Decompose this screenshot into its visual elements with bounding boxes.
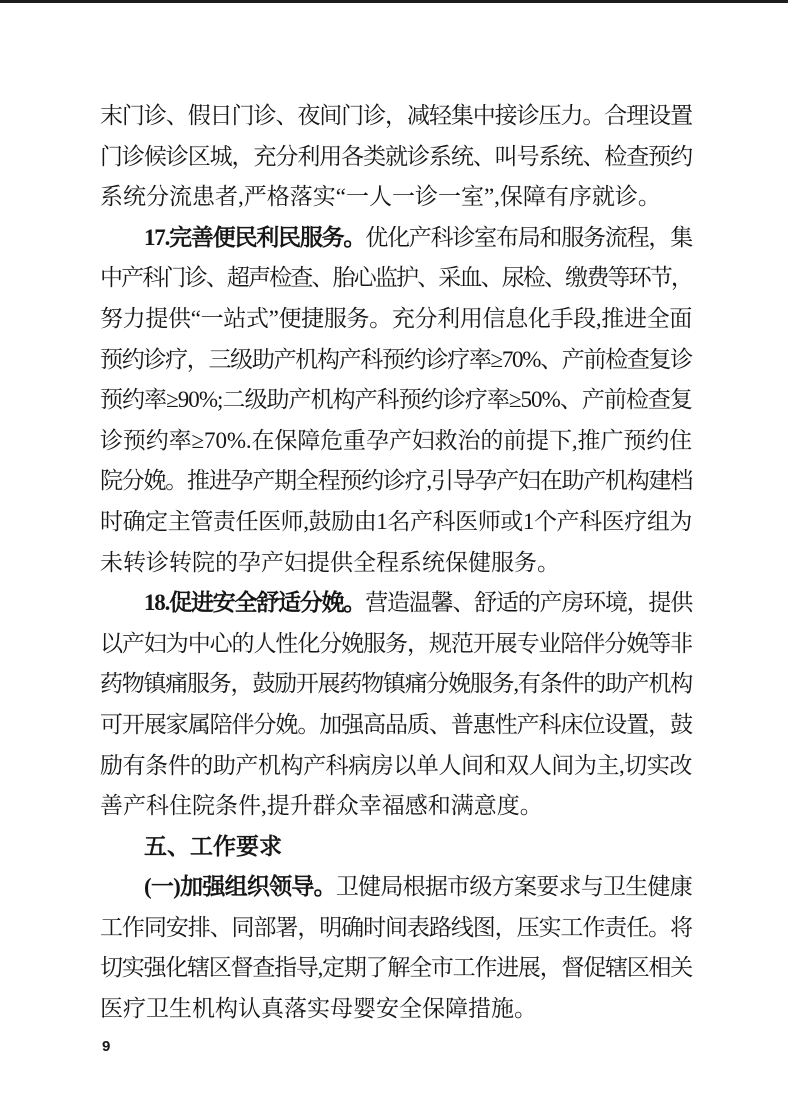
bold-text-segment: 18.促进安全舒适分娩。 [144,590,365,615]
text-segment: 切实强化辖区督查指导,定期了解全市工作进展，督促辖区相关 [100,955,692,980]
text-line: 门诊候诊区城，充分利用各类就诊系统、叫号系统、检查预约 [100,137,692,178]
text-segment: 诊预约率≥70%.在保障危重孕产妇救治的前提下,推广预约住 [100,428,692,453]
text-segment: 卫健局根据市级方案要求与卫生健康 [336,874,692,899]
text-segment: 以产妇为中心的人性化分娩服务，规范开展专业陪伴分娩等非 [100,631,692,656]
text-line: 励有条件的助产机构产科病房以单人间和双人间为主,切实改 [100,746,692,787]
text-line: 院分娩。推进孕产期全程预约诊疗,引导孕产妇在助产机构建档 [100,461,692,502]
text-line: 系统分流患者,严格落实“一人一诊一室”,保障有序就诊。 [100,177,692,218]
text-segment: 可开展家属陪伴分娩。加强高品质、普惠性产科床位设置，鼓 [100,712,692,737]
text-line: 工作同安排、同部署，明确时间表路线图，压实工作责任。将 [100,908,692,949]
text-segment: 营造温馨、舒适的产房环境，提供 [365,590,692,615]
text-line: 善产科住院条件,提升群众幸福感和满意度。 [100,786,692,827]
text-line: 药物镇痛服务，鼓励开展药物镇痛分娩服务,有条件的助产机构 [100,664,692,705]
text-segment: 药物镇痛服务，鼓励开展药物镇痛分娩服务,有条件的助产机构 [100,671,692,696]
text-line: 切实强化辖区督查指导,定期了解全市工作进展，督促辖区相关 [100,948,692,989]
text-line: 诊预约率≥70%.在保障危重孕产妇救治的前提下,推广预约住 [100,421,692,462]
text-line: 预约率≥90%;二级助产机构产科预约诊疗率≥50%、产前检查复 [100,380,692,421]
text-line: 中产科门诊、超声检查、胎心监护、采血、尿检、缴费等环节， [100,258,692,299]
text-segment: 优化产科诊室布局和服务流程，集 [365,225,692,250]
page-number: 9 [102,1038,110,1055]
text-segment: 时确定主管责任医师,鼓励由1名产科医师或1个产科医疗组为 [100,509,692,534]
bold-text-segment: 17.完善便民利民服务。 [144,225,365,250]
text-line: 医疗卫生机构认真落实母婴安全保障措施。 [100,989,692,1030]
text-line: 18.促进安全舒适分娩。营造温馨、舒适的产房环境，提供 [100,583,692,624]
text-line: 时确定主管责任医师,鼓励由1名产科医师或1个产科医疗组为 [100,502,692,543]
bold-text-segment: (一)加强组织领导。 [144,874,336,899]
text-segment: 预约诊疗，三级助产机构产科预约诊疗率≥70%、产前检查复诊 [100,347,692,372]
text-line: 五、工作要求 [100,827,692,868]
text-segment: 未转诊转院的孕产妇提供全程系统保健服务。 [100,550,560,575]
text-segment: 医疗卫生机构认真落实母婴安全保障措施。 [100,996,537,1021]
text-line: 未转诊转院的孕产妇提供全程系统保健服务。 [100,543,692,584]
text-segment: 努力提供“一站式”便捷服务。充分利用信息化手段,推进全面 [100,306,692,331]
scanned-document-page: 末门诊、假日门诊、夜间门诊，减轻集中接诊压力。合理设置门诊候诊区城，充分利用各类… [0,0,788,1118]
text-segment: 善产科住院条件,提升群众幸福感和满意度。 [100,793,543,818]
scan-top-edge-line [0,0,788,3]
text-line: 17.完善便民利民服务。优化产科诊室布局和服务流程，集 [100,218,692,259]
text-segment: 中产科门诊、超声检查、胎心监护、采血、尿检、缴费等环节， [100,265,692,290]
text-segment: 励有条件的助产机构产科病房以单人间和双人间为主,切实改 [100,753,692,778]
text-segment: 预约率≥90%;二级助产机构产科预约诊疗率≥50%、产前检查复 [100,387,692,412]
text-segment: 系统分流患者,严格落实“一人一诊一室”,保障有序就诊。 [100,184,661,209]
text-segment: 末门诊、假日门诊、夜间门诊，减轻集中接诊压力。合理设置 [100,103,692,128]
text-line: 可开展家属陪伴分娩。加强高品质、普惠性产科床位设置，鼓 [100,705,692,746]
text-segment: 门诊候诊区城，充分利用各类就诊系统、叫号系统、检查预约 [100,144,692,169]
text-segment: 工作同安排、同部署，明确时间表路线图，压实工作责任。将 [100,915,692,940]
text-line: 努力提供“一站式”便捷服务。充分利用信息化手段,推进全面 [100,299,692,340]
text-line: 预约诊疗，三级助产机构产科预约诊疗率≥70%、产前检查复诊 [100,340,692,381]
bold-text-segment: 五、工作要求 [144,834,282,859]
document-body: 末门诊、假日门诊、夜间门诊，减轻集中接诊压力。合理设置门诊候诊区城，充分利用各类… [100,96,692,1030]
text-segment: 院分娩。推进孕产期全程预约诊疗,引导孕产妇在助产机构建档 [100,468,692,493]
text-line: 以产妇为中心的人性化分娩服务，规范开展专业陪伴分娩等非 [100,624,692,665]
text-line: (一)加强组织领导。卫健局根据市级方案要求与卫生健康 [100,867,692,908]
text-line: 末门诊、假日门诊、夜间门诊，减轻集中接诊压力。合理设置 [100,96,692,137]
